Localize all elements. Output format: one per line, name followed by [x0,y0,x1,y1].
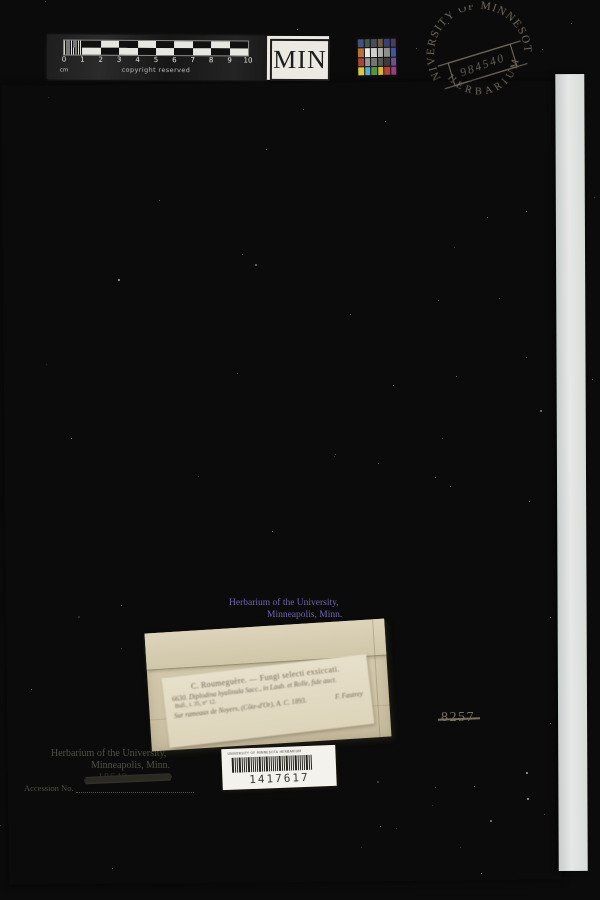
herbarium-code: MIN [270,39,330,81]
tick-label: 7 [191,56,196,64]
color-chip [365,58,371,66]
dust-speck [0,825,1,826]
color-chip [391,66,397,74]
checker-segment [119,48,137,55]
color-chip [390,48,396,56]
checker-segment [211,48,229,55]
color-chip [371,39,377,47]
copyright-label: copyright reserved [64,66,248,75]
tick-label: 0 [62,56,67,64]
color-chip [390,39,396,47]
dust-speck [594,197,595,198]
scale-bar: 012345678910 cm copyright reserved [47,34,267,80]
color-chip [377,39,383,47]
checker-segment [64,48,82,55]
checker-segment [230,48,248,55]
tick-label: 6 [172,56,177,64]
stamp-handwritten-number: 984540 [458,50,507,79]
tick-label: 10 [244,56,253,64]
checker-segment [193,48,211,55]
color-chip [358,67,364,75]
barcode-number: 1417617 [228,770,330,787]
checker-row [64,48,248,56]
color-chip [384,39,390,47]
color-chip [371,58,377,66]
dust-speck [297,29,298,30]
color-chip [384,67,390,75]
color-chip [371,67,377,75]
color-chip [371,48,377,56]
checker-segment [101,48,119,55]
tick-label: 1 [80,56,85,64]
color-chip [384,48,390,56]
tick-label: 9 [227,56,232,64]
paper-strip [555,74,587,871]
dust-speck [571,23,572,24]
color-chip [384,57,390,65]
color-chip [364,48,370,56]
color-chip [365,67,371,75]
packet-label-collector: F. Fautrey [335,691,364,701]
checker-segment [138,48,156,55]
tick-label: 2 [99,56,104,64]
barcode-bar [311,755,313,770]
color-chip [358,39,364,47]
herbarium-code-box: MIN [267,36,329,80]
dust-speck [542,49,543,50]
tick-label: 5 [154,56,159,64]
tick-label: 3 [117,56,122,64]
color-chip [378,67,384,75]
specimen-packet: C. Roumeguère. — Fungi selecti exsiccati… [145,619,392,752]
checker-segment [174,48,192,55]
color-checker [356,36,399,79]
color-chip [364,39,370,47]
barcode-sticker: UNIVERSITY OF MINNESOTA HERBARIUM 141761… [221,745,336,790]
color-chip [378,57,384,65]
barcode-header: UNIVERSITY OF MINNESOTA HERBARIUM [227,750,283,755]
color-chip [391,57,397,65]
tick-label: 4 [135,56,140,64]
color-chip [377,48,383,56]
packet-label: C. Roumeguère. — Fungi selecti exsiccati… [162,654,375,748]
color-chip [358,48,364,56]
dust-speck [592,379,593,380]
checker-segment [82,48,100,55]
dust-speck [45,1,46,2]
tick-label: 8 [209,56,214,64]
color-chip [358,58,364,66]
checker-segment [156,48,174,55]
checker-bar [64,41,248,56]
